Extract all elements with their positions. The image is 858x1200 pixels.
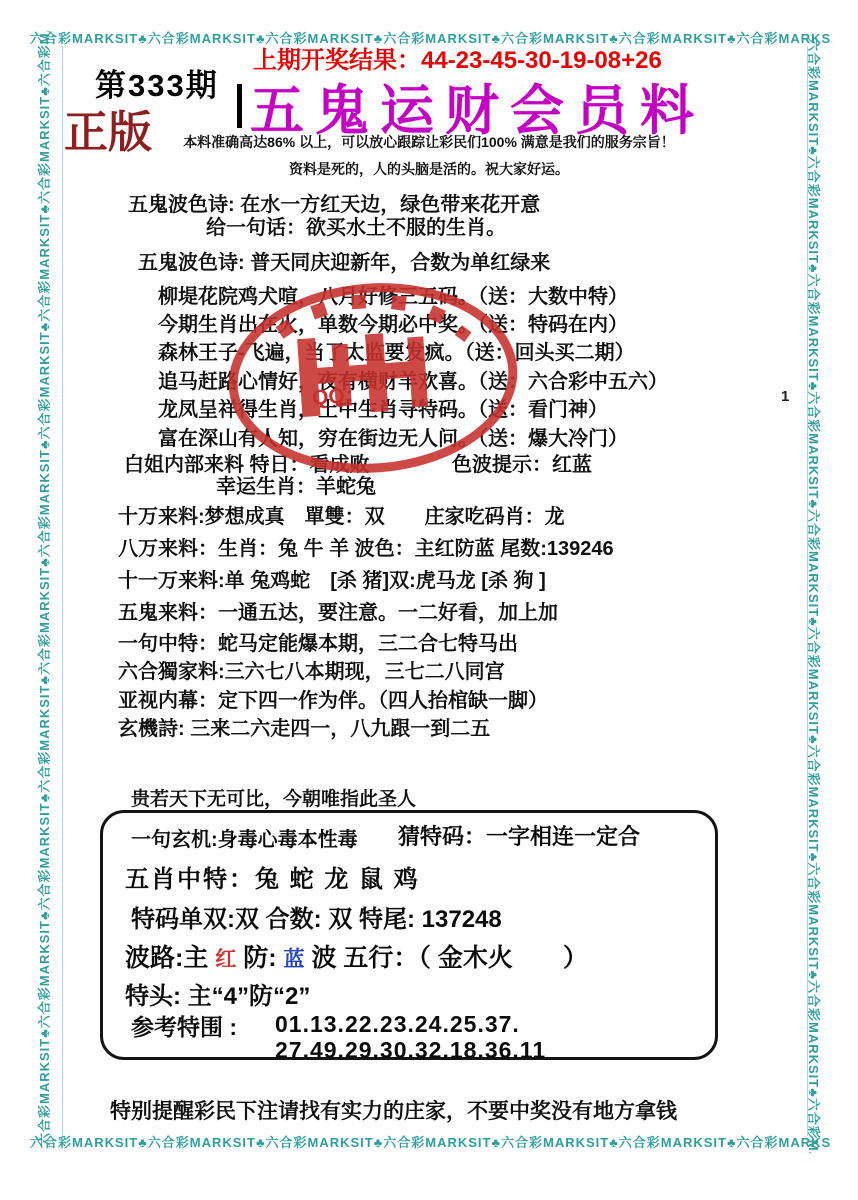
tip-yashi: 亚视内幕：定下四一作为伴。（四人抬棺缺一脚） (118, 684, 548, 713)
odd-even-line: 特码单双:双 合数: 双 特尾: 137248 (131, 899, 502, 934)
stray-mark: 1 (781, 388, 789, 405)
noble-line: 贵若天下无可比，今朝唯指此圣人 (131, 784, 416, 811)
tip-100k: 十万来料:梦想成真 單雙：双 庄家吃码肖：龙 (118, 500, 565, 529)
warning-line: 特别提醒彩民下注请找有实力的庄家，不要中奖没有地方拿钱 (110, 1095, 677, 1125)
verse-line: 森林王子-飞遍，当了太监要发疯。（送：回头买二期） (158, 336, 635, 365)
tip-wugui: 五鬼来料：一通五达，要注意。一二好看，加上加 (118, 596, 558, 625)
special-head-line: 特头: 主“4”防“2” (125, 976, 310, 1011)
stamp-qq-label: QQ： (311, 378, 367, 412)
right-guide-line (807, 46, 808, 1136)
tip-dujialiao: 六合獨家料:三六七八本期现，三七二八同宫 (118, 655, 505, 684)
tip-yiju: 一句中特：蛇马定能爆本期，三二合七特马出 (118, 627, 518, 656)
right-border-pattern: 六合彩MARKSIT♣六合彩MARKSIT♣六合彩MARKSIT♣六合彩MARK… (808, 38, 824, 1153)
bottom-border-pattern: 六合彩MARKSIT♣六合彩MARKSIT♣六合彩MARKSIT♣六合彩MARK… (30, 1132, 830, 1150)
color-wave-hint: 色波提示：红蓝 (452, 448, 592, 477)
wave-poem-advice: 给一句话：欲买水土不服的生肖。 (206, 211, 506, 240)
lucky-zodiac: 幸运生肖：羊蛇兔 (216, 470, 376, 499)
wave-path-line: 波路:主 红 防: 蓝 波 五行：（ 金木火 ） (125, 938, 588, 974)
verse-line: 龙凤呈祥得生肖，土中生肖寻特码。（送：看门神） (158, 393, 608, 422)
luck-slogan: 资料是死的，人的头脑是活的。祝大家好运。 (30, 159, 828, 179)
wave-path-mid: 防: (236, 944, 283, 972)
verse-line: 追马赶路心情好，夜有横财羊欢喜。（送：六合彩中五六） (158, 365, 668, 394)
accuracy-slogan: 本料准确高达86% 以上，可以放心跟踪让彩民们100% 满意是我们的服务宗旨！ (30, 132, 828, 152)
left-border-pattern: 六合彩MARKSIT♣六合彩MARKSIT♣六合彩MARKSIT♣六合彩MARK… (34, 31, 50, 1146)
special-tips-box: 一句玄机:身毒心毒本性毒 猜特码：一字相连一定合 五肖中特：兔 蛇 龙 鼠 鸡 … (100, 810, 718, 1060)
five-zodiac-special: 五肖中特：兔 蛇 龙 鼠 鸡 (125, 859, 420, 894)
lottery-tip-sheet: 六合彩MARKSIT♣六合彩MARKSIT♣六合彩MARKSIT♣六合彩MARK… (0, 0, 858, 1200)
tip-80k: 八万来料：生肖：兔 牛 羊 波色：主红防蓝 尾数:139246 (118, 532, 614, 561)
mystery-sentence: 一句玄机:身毒心毒本性毒 (131, 823, 358, 852)
wave-path-suffix: 波 五行：（ 金木火 ） (305, 944, 588, 972)
tip-xuanji: 玄機詩: 三来二六走四一，八九跟一到二五 (118, 712, 490, 741)
left-guide-line (62, 46, 63, 1136)
tip-110k: 十一万来料:单 兔鸡蛇 [杀 猪]双:虎马龙 [杀 狗 ] (118, 564, 546, 593)
verse-line: 今期生肖出在火，单数今期必中奖。（送：特码在内） (158, 308, 628, 337)
verse-line: 柳堤花院鸡犬喧，八月好修三五码。（送：大数中特） (158, 280, 628, 309)
wave-blue-char: 蓝 (284, 948, 305, 971)
ref-numbers-line2: 27.49.29.30.32.18.36.11 (275, 1037, 546, 1064)
wave-red-char: 红 (215, 948, 236, 971)
title-vertical-bar (237, 84, 242, 128)
ref-numbers-line1: 01.13.22.23.24.25.37. (275, 1011, 520, 1038)
wave-path-prefix: 波路:主 (125, 944, 215, 972)
verse-line: 富在深山有人知，穷在街边无人问。（送：爆大冷门） (158, 422, 628, 451)
wave-poem-second: 五鬼波色诗: 普天同庆迎新年，合数为单红绿来 (138, 246, 550, 275)
guess-special: 猜特码：一字相连一定合 (398, 820, 640, 851)
ref-numbers-label: 参考特围 : (131, 1009, 237, 1042)
